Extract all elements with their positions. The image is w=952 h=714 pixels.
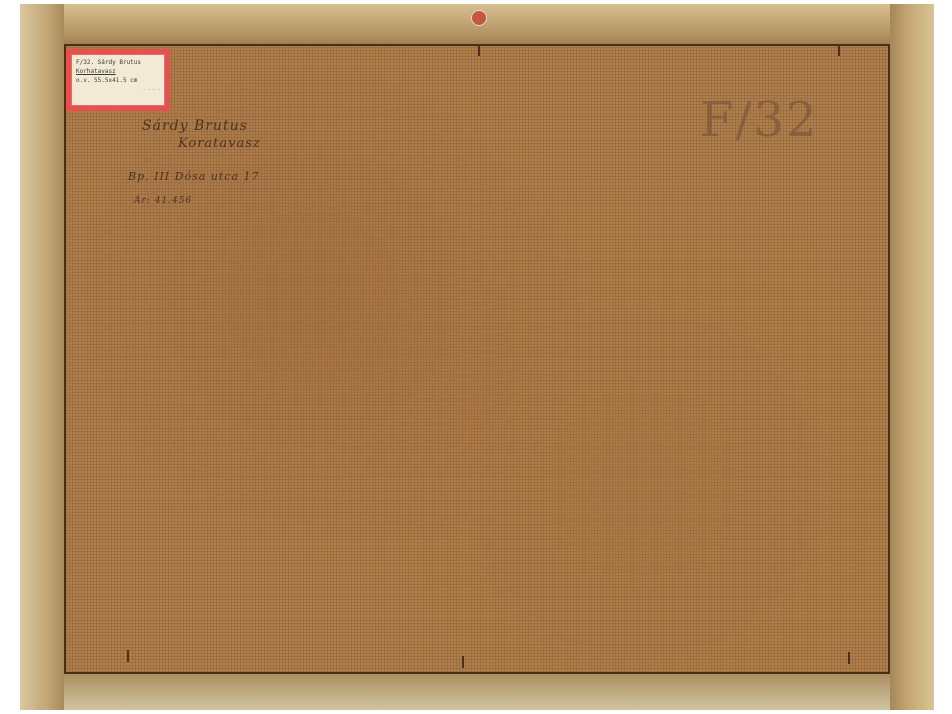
handwritten-title: Koratavasz	[178, 136, 261, 151]
frame-left-rail	[20, 4, 64, 710]
handwritten-address: Bp. III Dósa utca 17	[128, 170, 260, 183]
nail-icon	[838, 44, 840, 56]
label-line-4: - - - -	[76, 85, 160, 94]
nail-icon	[462, 656, 464, 668]
inventory-label: F/32. Sárdy Brutus Korhatavasz o.v. 55.5…	[66, 49, 170, 111]
handwritten-artist: Sárdy Brutus	[142, 118, 248, 134]
hanging-ring-icon	[470, 4, 488, 26]
nail-icon	[848, 652, 850, 664]
frame-bottom-rail	[20, 670, 934, 710]
nail-icon	[478, 44, 480, 56]
label-line-2: Korhatavasz	[76, 67, 160, 76]
label-line-3: o.v. 55.5x41.5 cm	[76, 76, 160, 85]
label-line-1: F/32. Sárdy Brutus	[76, 58, 160, 67]
inventory-mark: F/32	[700, 92, 819, 148]
nail-icon	[127, 650, 129, 662]
frame-right-rail	[890, 4, 934, 710]
handwritten-price: Ár: 41.456	[134, 196, 192, 206]
